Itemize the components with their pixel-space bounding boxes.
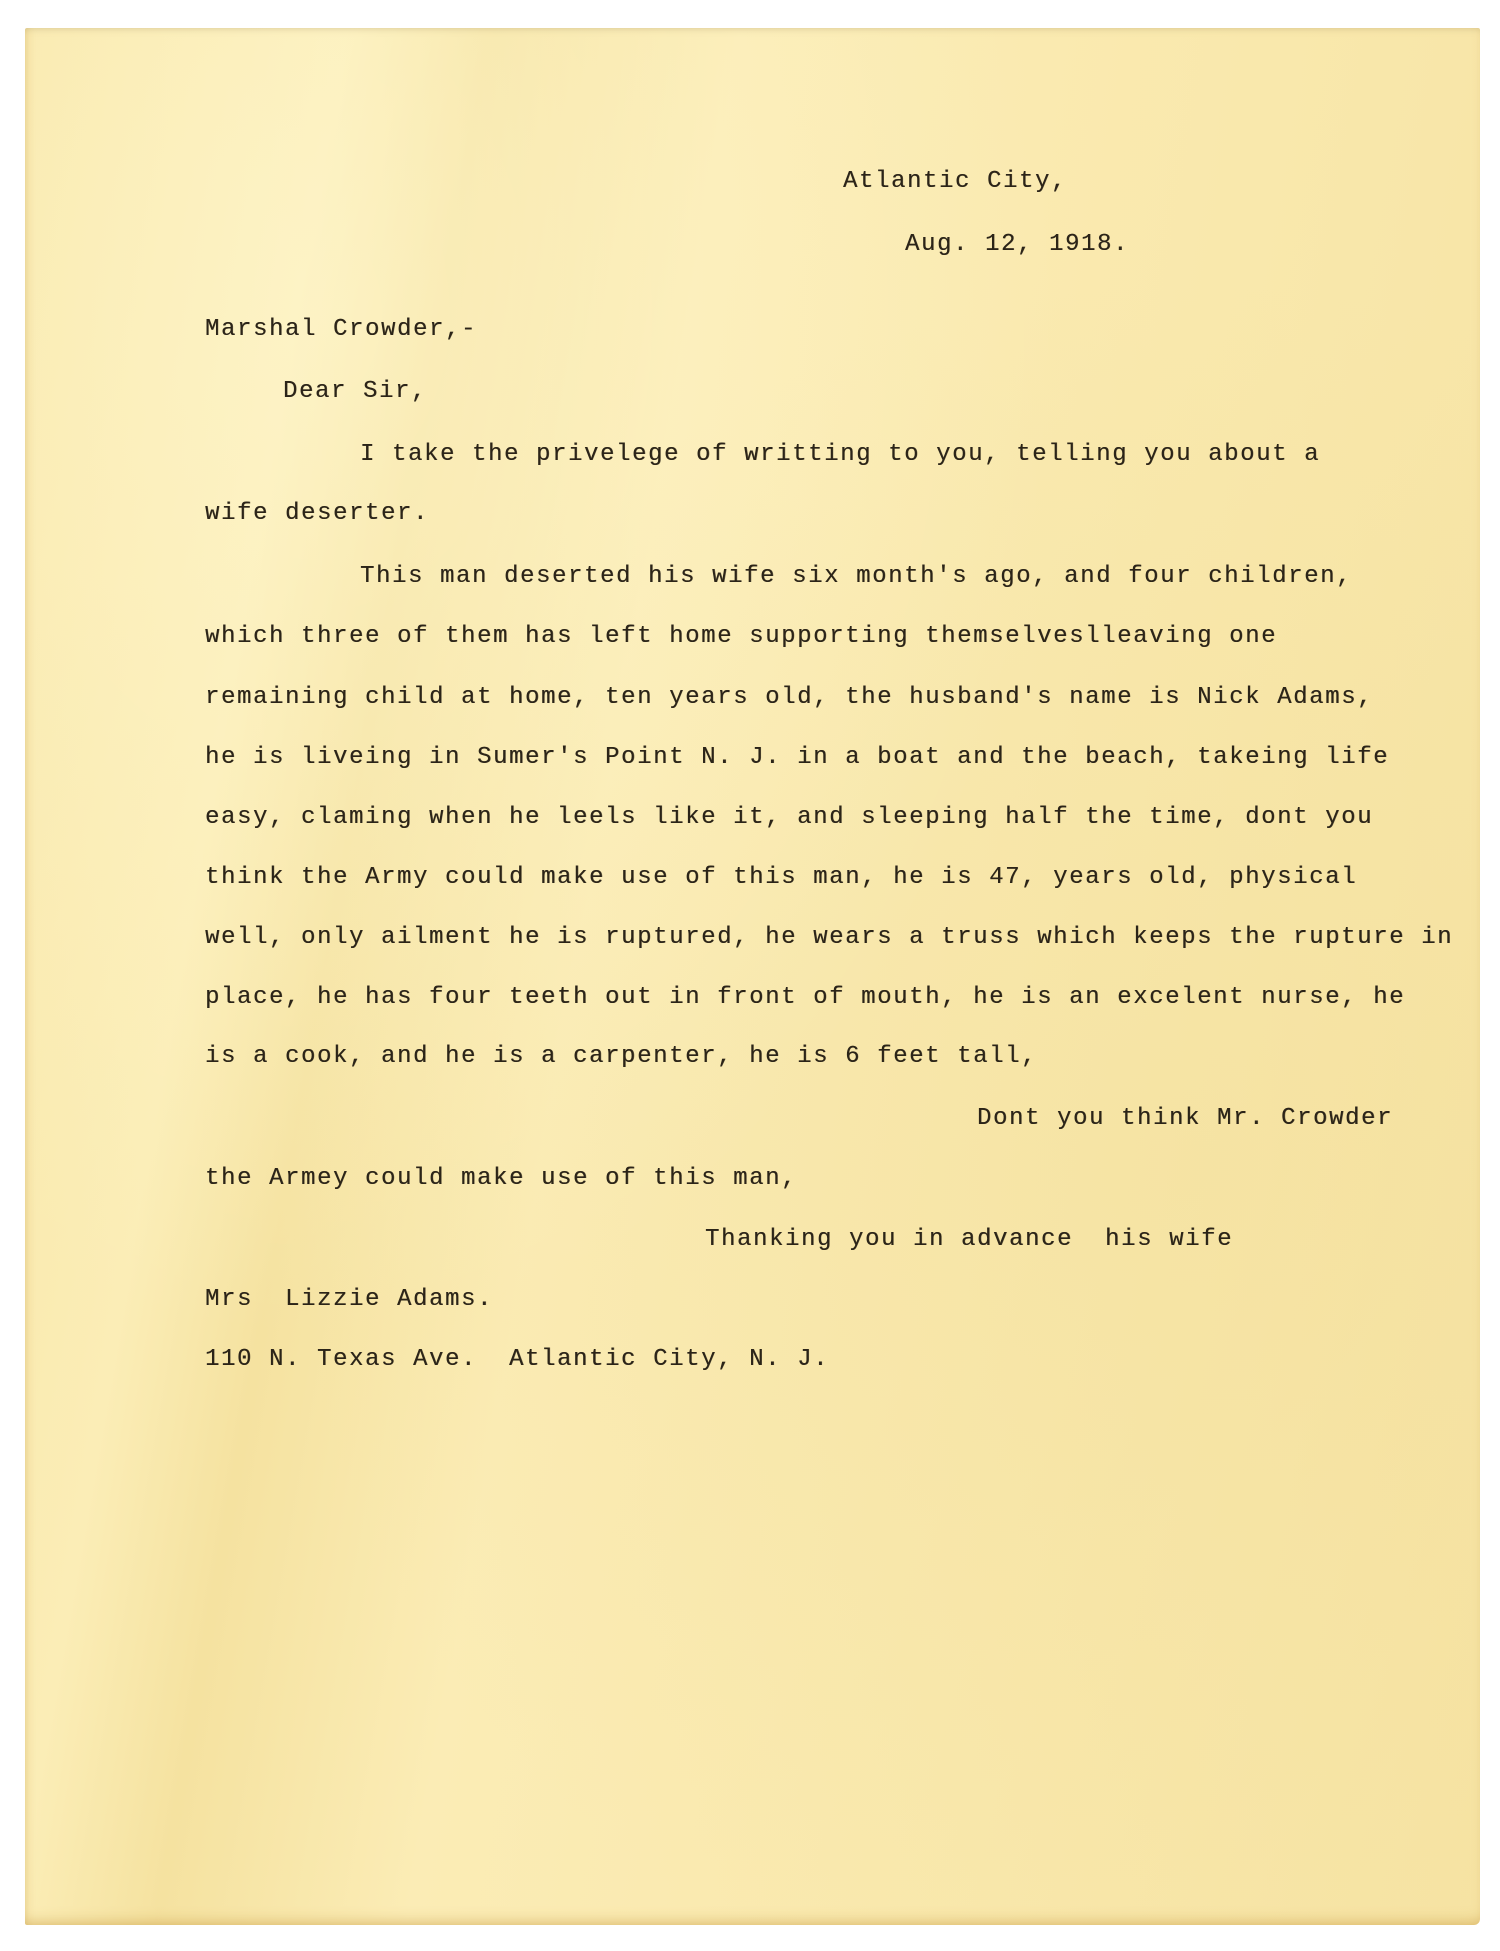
body-line: I take the privelege of writting to you,… (360, 443, 1320, 467)
letter-closing: Thanking you in advance his wife (705, 1228, 1233, 1252)
body-line: the Armey could make use of this man, (205, 1167, 797, 1191)
body-line: place, he has four teeth out in front of… (205, 986, 1405, 1010)
body-line: remaining child at home, ten years old, … (205, 686, 1373, 710)
body-line: Dont you think Mr. Crowder (977, 1107, 1393, 1131)
body-line: well, only ailment he is ruptured, he we… (205, 926, 1453, 950)
body-line: think the Army could make use of this ma… (205, 866, 1357, 890)
letter-page (25, 28, 1480, 1925)
body-line: easy, claming when he leels like it, and… (205, 806, 1373, 830)
letter-signature: Mrs Lizzie Adams. (205, 1288, 493, 1312)
body-line: which three of them has left home suppor… (205, 625, 1277, 649)
body-line: he is liveing in Sumer's Point N. J. in … (205, 746, 1389, 770)
body-line: This man deserted his wife six month's a… (360, 565, 1352, 589)
letter-salutation: Dear Sir, (283, 380, 427, 404)
body-line: is a cook, and he is a carpenter, he is … (205, 1045, 1037, 1069)
letter-date: Aug. 12, 1918. (905, 233, 1129, 257)
letter-place: Atlantic City, (843, 170, 1067, 194)
letter-addressee: Marshal Crowder,- (205, 318, 477, 342)
sender-address: 110 N. Texas Ave. Atlantic City, N. J. (205, 1348, 829, 1372)
body-line: wife deserter. (205, 502, 429, 526)
